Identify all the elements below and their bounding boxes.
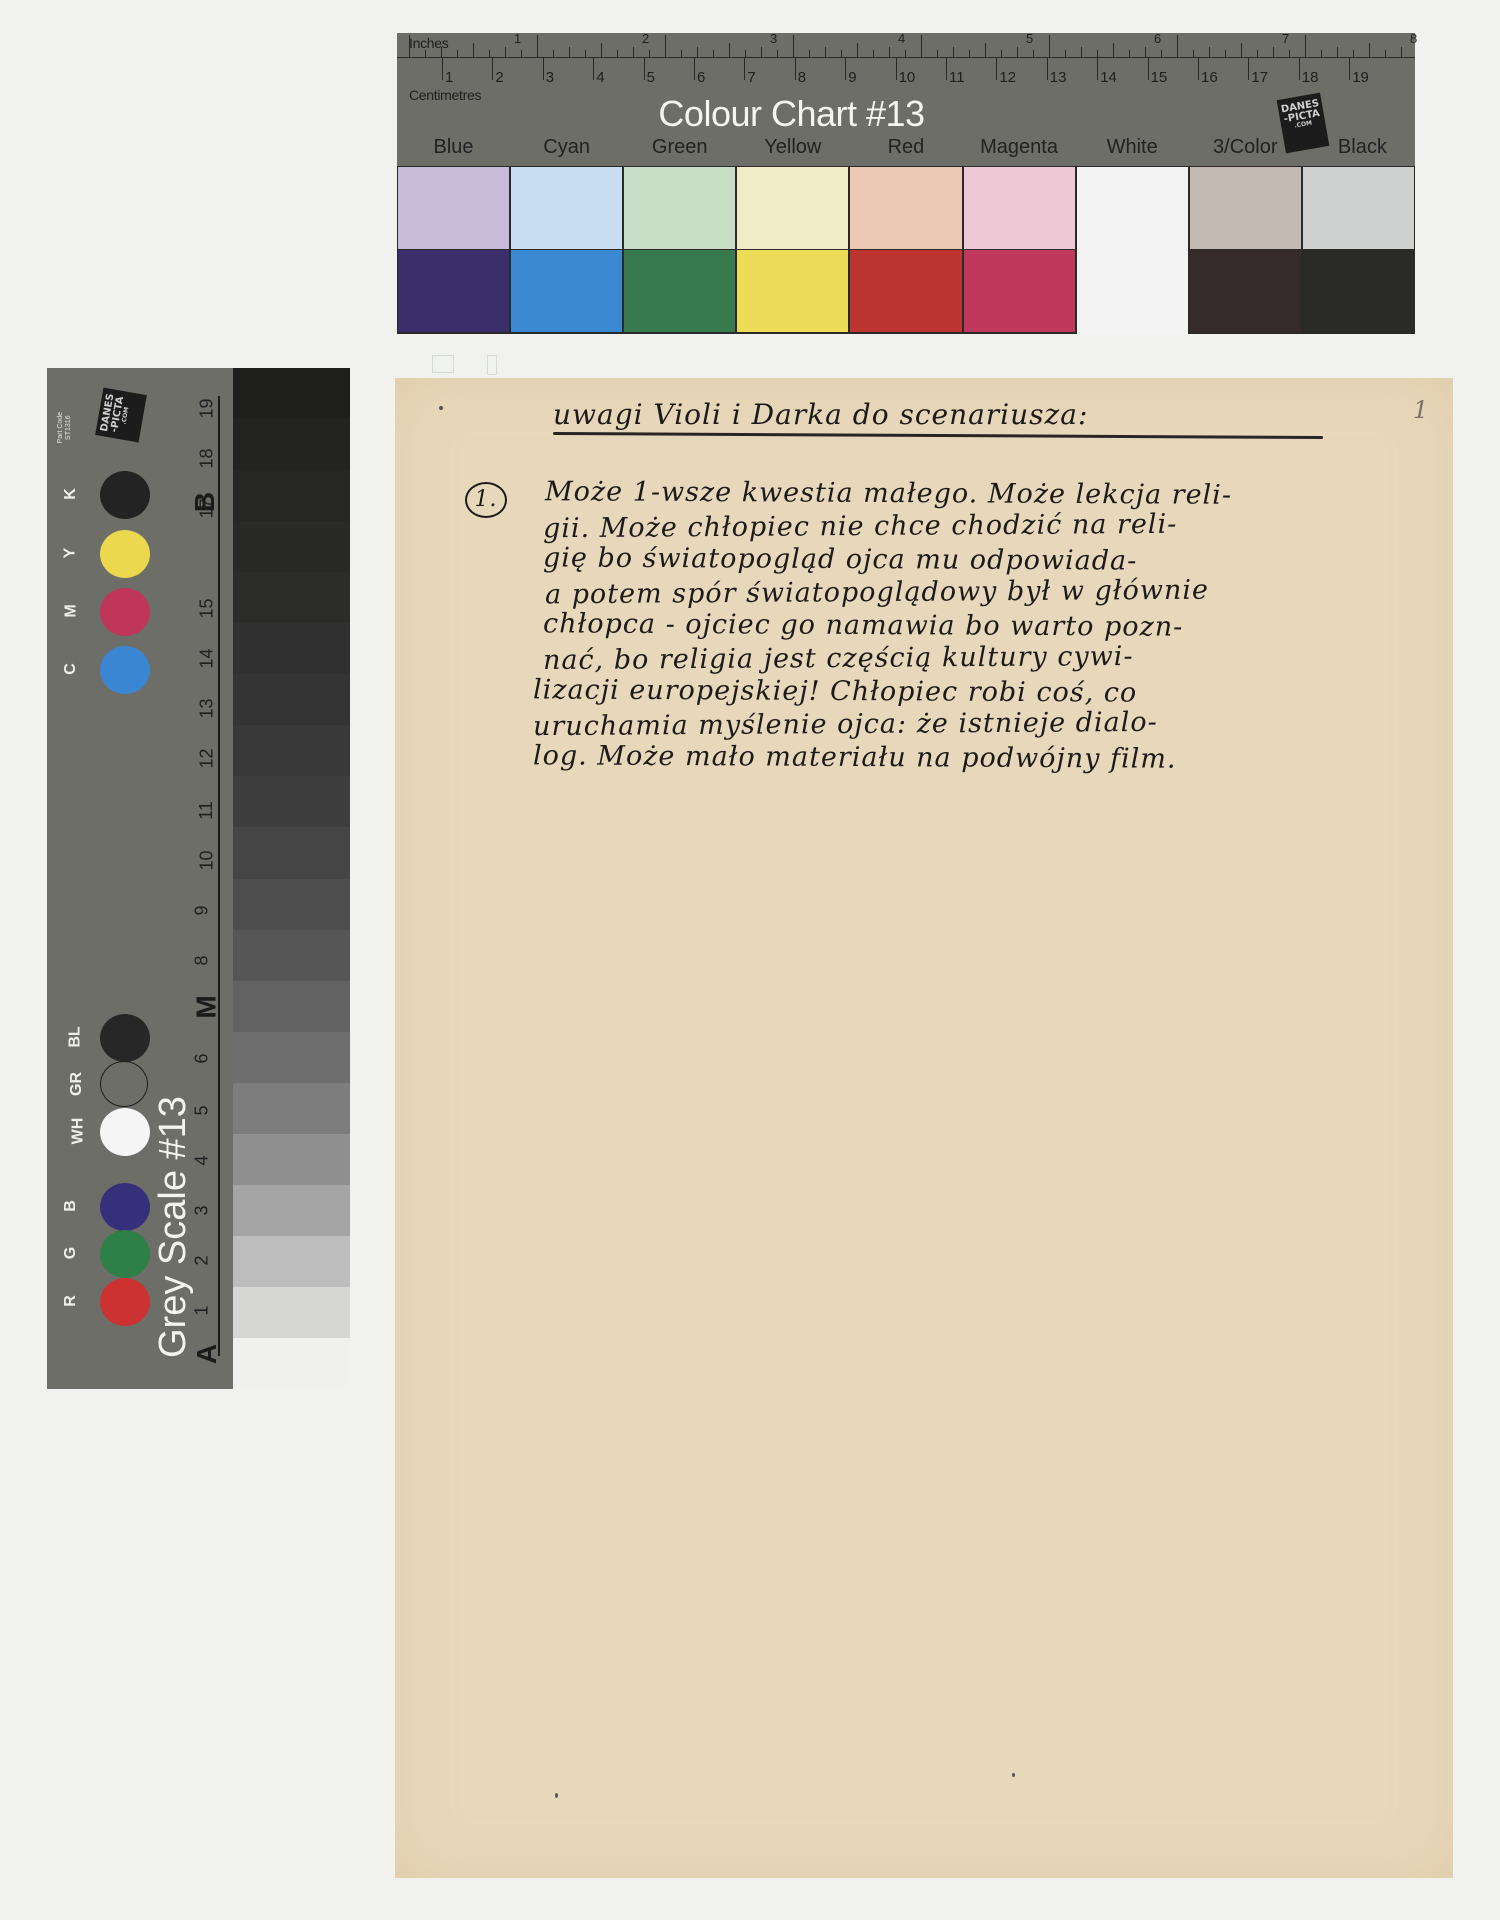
swatch-cyan-light <box>511 167 622 249</box>
inch-tick <box>633 47 634 57</box>
cm-mark-label: 13 <box>1050 69 1067 86</box>
swatch-black-dark <box>1303 250 1414 332</box>
paper-speck <box>555 1793 558 1798</box>
swatch-white <box>1077 167 1188 334</box>
inch-tick <box>1225 50 1226 57</box>
grey-step <box>233 368 350 420</box>
handwritten-page: 1 uwagi Violi i Darka do scenariusza: (1… <box>395 378 1453 1878</box>
cm-mark-label: 2 <box>495 69 503 86</box>
swatch-label-black: Black <box>1306 136 1419 159</box>
cm-mark-label: 5 <box>647 69 655 86</box>
inch-tick <box>1385 50 1386 57</box>
cm-mark-label: 15 <box>1151 69 1168 86</box>
inch-mark-label: 5 <box>1026 31 1033 46</box>
colour-chart-card: Inches 12345678 123456789101112131415161… <box>397 33 1415 334</box>
inch-tick <box>1273 47 1274 57</box>
item-marker: (1.)1. <box>465 482 507 518</box>
inch-tick <box>1353 50 1354 57</box>
grey-step <box>233 776 350 828</box>
step-number: 12 <box>197 748 218 768</box>
inches-label: Inches <box>409 35 448 51</box>
dot-m <box>100 588 150 636</box>
inch-tick <box>1129 50 1130 57</box>
cm-mark-label: 12 <box>999 69 1016 86</box>
inch-mark-label: 2 <box>642 31 649 46</box>
inch-tick <box>873 50 874 57</box>
dot-label-r: R <box>62 1295 80 1307</box>
step-number: 3 <box>192 1205 213 1215</box>
paper-speck <box>439 406 443 410</box>
inch-mark-label: 4 <box>898 31 905 46</box>
inch-tick <box>1001 50 1002 57</box>
inch-tick <box>585 50 586 57</box>
swatch-label-magenta: Magenta <box>963 136 1076 159</box>
inch-tick <box>1337 47 1338 57</box>
inch-tick <box>1113 43 1114 57</box>
step-number: 18 <box>197 448 218 468</box>
cm-tick <box>1299 58 1300 80</box>
inch-tick <box>1241 43 1242 57</box>
cm-tick <box>845 58 846 80</box>
step-number: 2 <box>192 1255 213 1265</box>
swatch-3-color-light <box>1190 167 1301 249</box>
handwritten-line: uruchamia myślenie ojca: że istnieje dia… <box>533 707 1158 742</box>
swatch-label-yellow: Yellow <box>736 136 849 159</box>
cm-tick <box>593 58 594 80</box>
cm-mark-label: 19 <box>1352 69 1369 86</box>
grey-step <box>233 827 350 879</box>
inch-tick <box>697 47 698 57</box>
inch-tick <box>425 50 426 57</box>
inch-tick <box>1145 47 1146 57</box>
cm-tick <box>1148 58 1149 80</box>
grey-step <box>233 521 350 573</box>
step-number: 10 <box>197 850 218 870</box>
grey-step <box>233 1287 350 1339</box>
inch-tick <box>649 50 650 57</box>
step-number: 14 <box>197 648 218 668</box>
dot-gr <box>100 1061 148 1107</box>
grey-step <box>233 470 350 522</box>
swatch-green-light <box>624 167 735 249</box>
dot-g <box>100 1230 150 1278</box>
cm-tick <box>1198 58 1199 80</box>
chart-title: Colour Chart #13 <box>397 93 1186 135</box>
inch-tick <box>553 50 554 57</box>
grey-step <box>233 1083 350 1135</box>
inch-tick <box>537 35 538 57</box>
dot-label-k: K <box>62 488 80 500</box>
inch-tick <box>985 43 986 57</box>
dot-bl <box>100 1014 150 1062</box>
swatch-label-blue: Blue <box>397 136 510 159</box>
cm-tick <box>1097 58 1098 80</box>
inch-tick <box>745 50 746 57</box>
grey-step <box>233 1338 350 1390</box>
swatch-red-light <box>850 167 961 249</box>
inch-tick <box>761 47 762 57</box>
paper-speck <box>1012 1773 1015 1777</box>
swatch-cyan-dark <box>511 250 622 332</box>
dot-label-g: G <box>62 1247 80 1259</box>
dot-label-bl: BL <box>67 1026 85 1047</box>
inch-tick <box>441 47 442 57</box>
cm-tick <box>1047 58 1048 80</box>
step-number: 4 <box>192 1155 213 1165</box>
grey-scale-card: Part Code ST1316 DANES -PICTA .COM KYMCB… <box>47 368 350 1389</box>
swatch-red-dark <box>850 250 961 332</box>
divider-line <box>218 396 220 1356</box>
step-letter-a: A <box>191 1344 223 1364</box>
cm-mark-label: 3 <box>546 69 554 86</box>
inch-tick <box>681 50 682 57</box>
dot-label-y: Y <box>61 548 79 559</box>
inch-tick <box>489 50 490 57</box>
swatch-3-color-dark <box>1190 250 1301 332</box>
dot-label-gr: GR <box>68 1072 86 1096</box>
inch-tick <box>1193 50 1194 57</box>
inch-tick <box>937 50 938 57</box>
inch-mark-label: 1 <box>514 31 521 46</box>
handwritten-line: lizacji europejskiej! Chłopiec robi coś,… <box>533 674 1137 708</box>
inch-tick <box>665 35 666 57</box>
inch-ruler: Inches <box>397 33 1415 58</box>
inch-tick <box>713 50 714 57</box>
inch-tick <box>569 47 570 57</box>
cm-mark-label: 14 <box>1100 69 1117 86</box>
inch-tick <box>729 43 730 57</box>
cm-mark-label: 1 <box>445 69 453 86</box>
swatch-blue-light <box>398 167 509 249</box>
inch-tick <box>1049 35 1050 57</box>
swatch-grid <box>397 166 1415 334</box>
inch-tick <box>793 35 794 57</box>
inch-tick <box>409 35 410 57</box>
inch-mark-label: 3 <box>770 31 777 46</box>
inch-tick <box>617 50 618 57</box>
dot-label-wh: WH <box>69 1118 87 1145</box>
grey-step <box>233 1236 350 1288</box>
step-number: 6 <box>192 1053 213 1063</box>
swatch-blue-dark <box>398 250 509 332</box>
handwritten-line: Może 1-wsze kwestia małego. Może lekcja … <box>545 476 1232 511</box>
cm-tick <box>1248 58 1249 80</box>
swatch-label-cyan: Cyan <box>510 136 623 159</box>
inch-tick <box>1257 50 1258 57</box>
dot-r <box>100 1278 150 1326</box>
inch-mark-label: 6 <box>1154 31 1161 46</box>
swatch-labels: BlueCyanGreenYellowRedMagentaWhite3/Colo… <box>397 136 1415 164</box>
inch-tick <box>1401 47 1402 57</box>
swatch-label-white: White <box>1076 136 1189 159</box>
cm-tick <box>442 58 443 80</box>
inch-tick <box>1209 47 1210 57</box>
cm-tick <box>543 58 544 80</box>
handwritten-line: gii. Może chłopiec nie chce chodzić na r… <box>543 509 1177 544</box>
handwritten-line: log. Może mało materiału na podwójny fil… <box>533 740 1177 774</box>
handwritten-line: a potem spór światopoglądowy był w główn… <box>545 575 1209 611</box>
page-heading: uwagi Violi i Darka do scenariusza: <box>553 398 1088 431</box>
grey-step <box>233 930 350 982</box>
inch-tick <box>1161 50 1162 57</box>
swatch-black-light <box>1303 167 1414 249</box>
part-code: Part Code ST1316 <box>57 412 72 444</box>
dot-b <box>100 1183 150 1231</box>
cm-mark-label: 10 <box>899 69 916 86</box>
step-number: 15 <box>197 598 218 618</box>
inch-tick <box>969 50 970 57</box>
grey-step <box>233 1032 350 1084</box>
inch-tick <box>1289 50 1290 57</box>
swatch-magenta-dark <box>964 250 1075 332</box>
inch-tick <box>1321 50 1322 57</box>
inch-tick <box>1065 50 1066 57</box>
handwritten-line: nać, bo religia jest częścią kultury cyw… <box>543 641 1134 676</box>
dot-label-b: B <box>62 1200 80 1212</box>
cm-mark-label: 9 <box>848 69 856 86</box>
inch-tick <box>777 50 778 57</box>
handwritten-line: chłopca - ojciec go namawia bo warto poz… <box>543 608 1183 642</box>
grey-step <box>233 1134 350 1186</box>
cm-tick <box>694 58 695 80</box>
inch-tick <box>1305 35 1306 57</box>
inch-tick <box>1033 50 1034 57</box>
step-letter-b: B <box>189 492 221 512</box>
grey-step <box>233 1185 350 1237</box>
swatch-label-green: Green <box>623 136 736 159</box>
cm-tick <box>946 58 947 80</box>
swatch-yellow-dark <box>737 250 848 332</box>
cm-tick <box>896 58 897 80</box>
grey-step <box>233 572 350 624</box>
step-number: 1 <box>192 1305 213 1315</box>
page-number: 1 <box>1413 396 1429 424</box>
inch-tick <box>1081 47 1082 57</box>
cm-tick <box>744 58 745 80</box>
grey-step <box>233 879 350 931</box>
step-number: 13 <box>197 698 218 718</box>
swatch-green-dark <box>624 250 735 332</box>
inch-tick <box>921 35 922 57</box>
inch-tick <box>825 47 826 57</box>
cm-mark-label: 18 <box>1302 69 1319 86</box>
inch-tick <box>601 43 602 57</box>
inch-tick <box>953 47 954 57</box>
grey-steps <box>233 368 350 1389</box>
dot-label-c: C <box>62 663 80 675</box>
inch-tick <box>1017 47 1018 57</box>
dot-y <box>100 530 150 578</box>
inch-tick <box>1369 43 1370 57</box>
inch-tick <box>457 50 458 57</box>
inch-tick <box>1097 50 1098 57</box>
dot-wh <box>100 1108 150 1156</box>
dot-k <box>100 471 150 519</box>
swatch-label-3-color: 3/Color <box>1189 136 1302 159</box>
step-number: 5 <box>192 1105 213 1115</box>
inch-tick <box>473 43 474 57</box>
grey-step <box>233 674 350 726</box>
dot-label-m: M <box>63 604 81 617</box>
cm-mark-label: 4 <box>596 69 604 86</box>
cm-tick <box>996 58 997 80</box>
grey-step <box>233 623 350 675</box>
danes-picta-logo-grey: DANES -PICTA .COM <box>95 388 147 443</box>
inch-tick <box>889 47 890 57</box>
tape-mark <box>432 355 454 373</box>
step-number: 8 <box>192 955 213 965</box>
swatch-magenta-light <box>964 167 1075 249</box>
cm-tick <box>1349 58 1350 80</box>
inch-mark-label: 7 <box>1282 31 1289 46</box>
step-letter-m: M <box>191 995 223 1018</box>
grey-step <box>233 419 350 471</box>
inch-tick <box>841 50 842 57</box>
heading-underline <box>553 432 1323 439</box>
cm-tick <box>795 58 796 80</box>
inch-tick <box>1177 35 1178 57</box>
step-number: 9 <box>192 905 213 915</box>
inch-tick <box>857 43 858 57</box>
cm-mark-label: 16 <box>1201 69 1218 86</box>
cm-mark-label: 8 <box>798 69 806 86</box>
step-number: 19 <box>197 398 218 418</box>
cm-mark-label: 7 <box>747 69 755 86</box>
inch-mark-label: 8 <box>1410 31 1417 46</box>
inch-tick <box>505 47 506 57</box>
grey-step <box>233 725 350 777</box>
swatch-yellow-light <box>737 167 848 249</box>
inch-tick <box>905 50 906 57</box>
handwritten-line: gię bo światopogląd ojca mu odpowiada- <box>543 542 1137 576</box>
tape-mark <box>487 355 497 375</box>
step-number: 11 <box>196 801 217 820</box>
dot-c <box>100 646 150 694</box>
grey-scale-title: Grey Scale #13 <box>152 1096 195 1358</box>
inch-tick <box>809 50 810 57</box>
inch-tick <box>521 50 522 57</box>
grey-step <box>233 981 350 1033</box>
cm-mark-label: 11 <box>949 69 965 86</box>
swatch-label-red: Red <box>849 136 962 159</box>
cm-tick <box>492 58 493 80</box>
cm-tick <box>644 58 645 80</box>
cm-mark-label: 6 <box>697 69 705 86</box>
cm-mark-label: 17 <box>1251 69 1268 86</box>
